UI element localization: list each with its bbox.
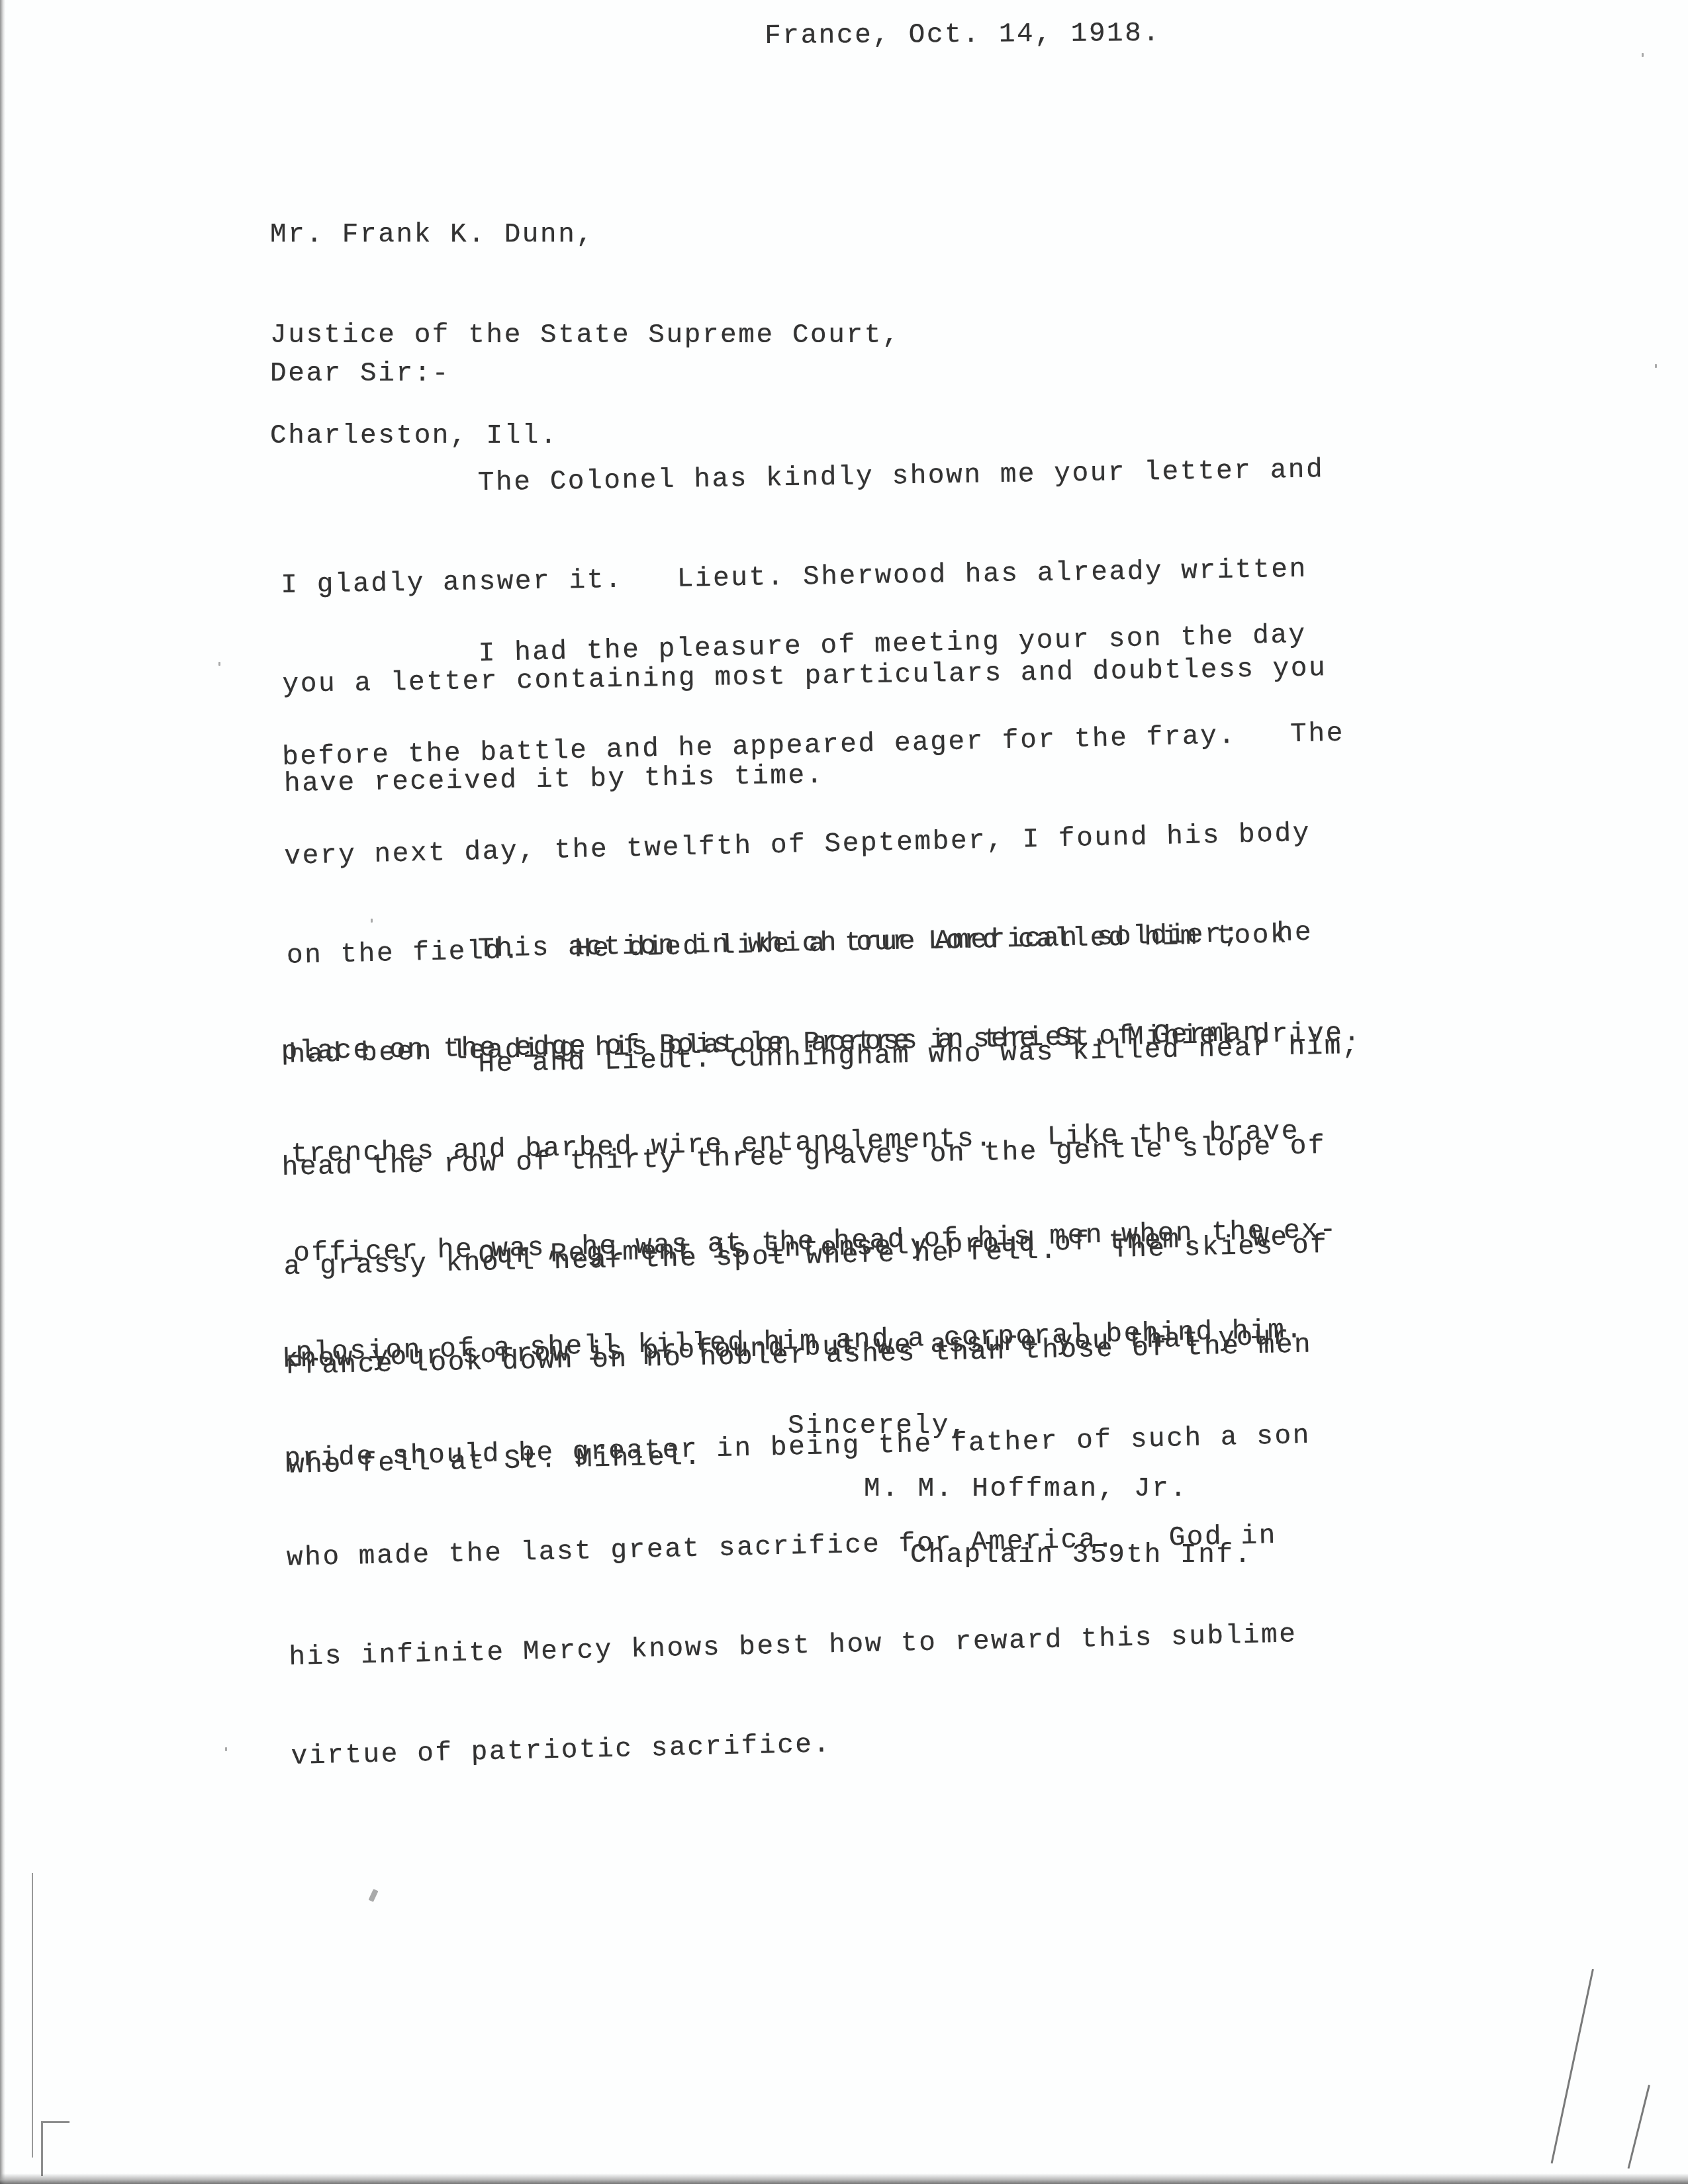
scan-scratch <box>1551 1969 1594 2163</box>
paragraph-line: The Colonel has kindly shown me your let… <box>279 453 1325 503</box>
signer-title: Chaplain 359th Inf. <box>910 1539 1252 1572</box>
scan-edge-left <box>0 0 5 2184</box>
scan-speck <box>218 662 220 666</box>
recipient-name: Mr. Frank K. Dunn, <box>270 218 900 253</box>
scan-left-rule <box>32 1873 33 2158</box>
recipient-title: Justice of the State Supreme Court, <box>270 319 900 353</box>
paragraph-line: He and Lieut. Cunningham who was killed … <box>279 1030 1361 1085</box>
paragraph-line: know your sorrow is profound but we assu… <box>282 1320 1309 1377</box>
scan-edge-bottom <box>0 2173 1688 2184</box>
paragraph-line: his infinite Mercy knows best how to rew… <box>289 1618 1315 1674</box>
paragraph-line: before the battle and he appeared eager … <box>282 717 1345 774</box>
scan-corner-mark <box>41 2121 70 2176</box>
dateline: France, Oct. 14, 1918. <box>765 17 1161 53</box>
scan-speck <box>1642 53 1644 57</box>
scan-scratch <box>1628 2085 1650 2169</box>
paragraph-line: Our Regiment is intensely proud of them.… <box>279 1221 1306 1277</box>
scan-speck <box>1046 1443 1048 1447</box>
scan-speck <box>1655 364 1657 368</box>
paragraph-line: This action in which our Lord called him… <box>279 917 1360 969</box>
letter-page: France, Oct. 14, 1918. Mr. Frank K. Dunn… <box>0 0 1688 2184</box>
scan-smudge <box>369 1889 379 1902</box>
closing: Sincerely, <box>788 1410 968 1443</box>
signature: M. M. Hoffman, Jr. <box>864 1473 1188 1506</box>
salutation: Dear Sir:- <box>270 357 450 390</box>
scan-speck <box>225 1747 227 1751</box>
paragraph-line: virtue of patriotic sacrifice. <box>291 1717 1317 1774</box>
scan-speck <box>371 919 373 923</box>
paragraph-line: I had the pleasure of meeting your son t… <box>279 618 1342 675</box>
